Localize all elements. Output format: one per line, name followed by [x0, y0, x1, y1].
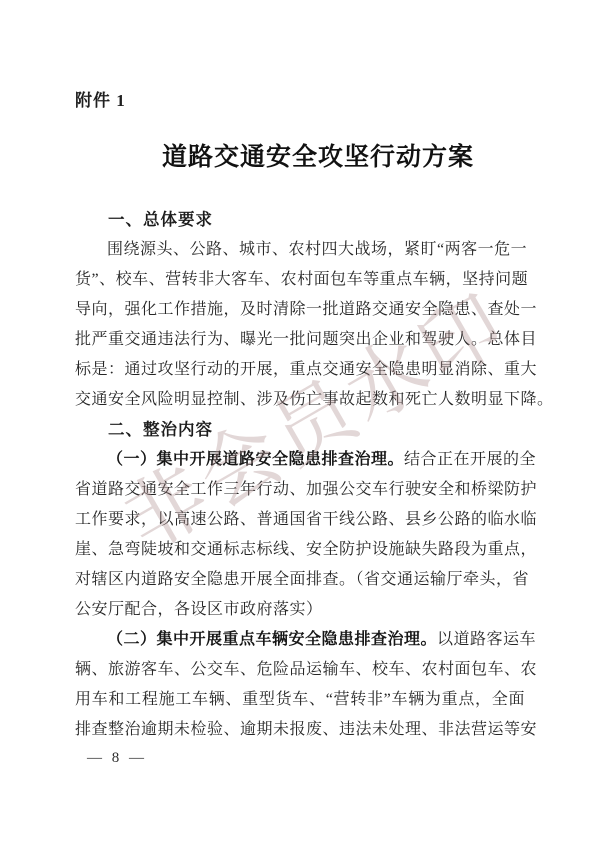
- text-line: 交通安全风险明显控制、涉及伤亡事故起数和死亡人数明显下降。: [75, 385, 525, 415]
- paragraph-lead-bold: （一）集中开展道路安全隐患排查治理。: [107, 451, 404, 468]
- text-line: 崖、急弯陡坡和交通标志标线、安全防护设施缺失路段为重点，: [75, 535, 525, 565]
- text-line: （一）集中开展道路安全隐患排查治理。结合正在开展的全: [75, 445, 525, 475]
- text-line: 省道路交通安全工作三年行动、加强公交车行驶安全和桥梁防护: [75, 475, 525, 505]
- text-line: 辆、旅游客车、公交车、危险品运输车、校车、农村面包车、农: [75, 655, 525, 685]
- text-line: 工作要求，以高速公路、普通国省干线公路、县乡公路的临水临: [75, 505, 525, 535]
- text-line: 用车和工程施工车辆、重型货车、“营转非”车辆为重点，全面: [75, 685, 525, 715]
- document-title: 道路交通安全攻坚行动方案: [93, 140, 543, 176]
- attachment-label: 附件 1: [75, 89, 126, 113]
- text-line: （二）集中开展重点车辆安全隐患排查治理。以道路客运车: [75, 625, 525, 655]
- page-number: — 8 —: [87, 748, 147, 768]
- section-heading: 二、整治内容: [75, 415, 525, 445]
- paragraph-lead-bold: （二）集中开展重点车辆安全隐患排查治理。: [107, 631, 437, 648]
- text-line: 公安厅配合，各设区市政府落实）: [75, 595, 525, 625]
- text-line: 排查整治逾期未检验、逾期未报废、违法未处理、非法营运等安: [75, 715, 525, 745]
- text-line: 围绕源头、公路、城市、农村四大战场，紧盯“两客一危一: [75, 235, 525, 265]
- text-line: 对辖区内道路安全隐患开展全面排查。（省交通运输厅牵头，省: [75, 565, 525, 595]
- text-line: 货”、校车、营转非大客车、农村面包车等重点车辆，坚持问题: [75, 265, 525, 295]
- text-line: 导向，强化工作措施，及时清除一批道路交通安全隐患、查处一: [75, 295, 525, 325]
- text-line: 标是：通过攻坚行动的开展，重点交通安全隐患明显消除、重大: [75, 355, 525, 385]
- content-lines: 一、总体要求围绕源头、公路、城市、农村四大战场，紧盯“两客一危一货”、校车、营转…: [75, 205, 525, 745]
- text-line: 批严重交通违法行为、曝光一批问题突出企业和驾驶人。总体目: [75, 325, 525, 355]
- section-heading: 一、总体要求: [75, 205, 525, 235]
- document-page: { "document": { "attachment_label": "附件 …: [0, 0, 600, 848]
